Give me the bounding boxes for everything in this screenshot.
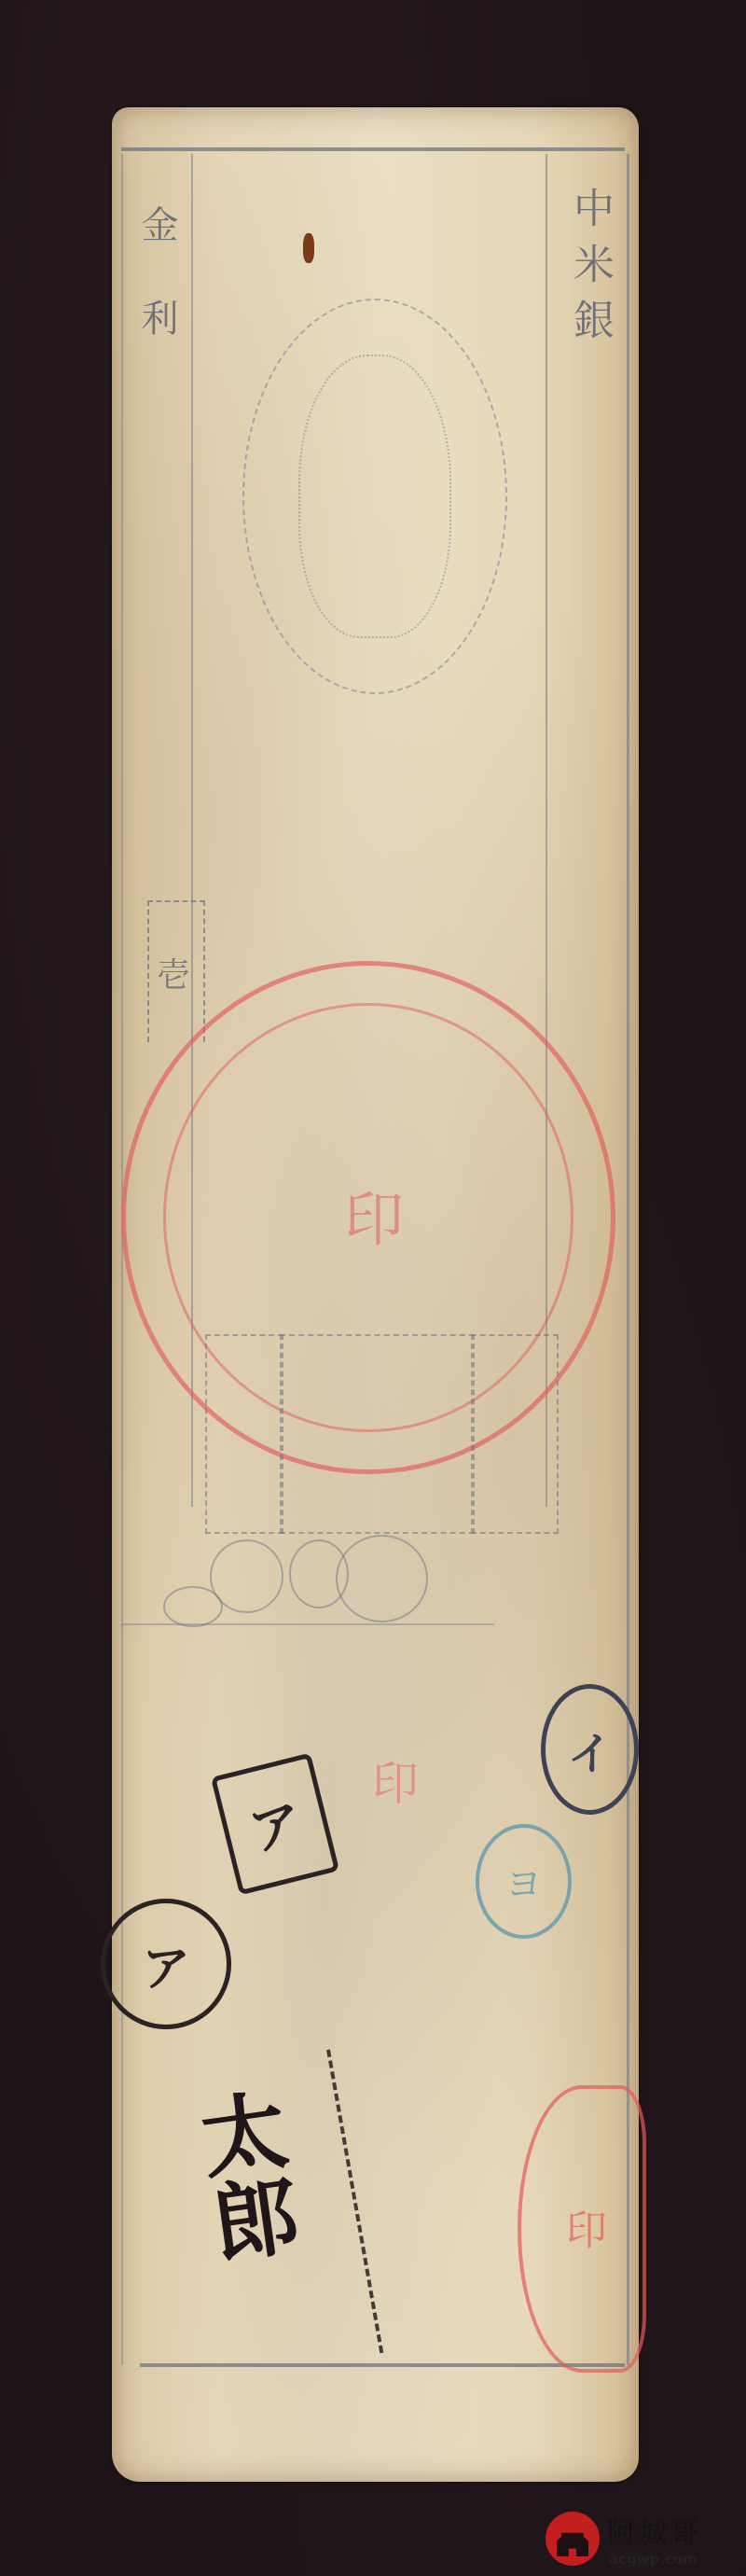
- red-corner-seal: 印: [518, 2085, 646, 2373]
- grid-cell: [205, 1334, 283, 1534]
- top-border-line: [121, 147, 625, 151]
- deity-figure-body: [298, 355, 451, 638]
- red-seal-text: 印: [325, 1188, 411, 1247]
- scallop-ornament: [336, 1535, 428, 1622]
- grid-cell: [280, 1334, 475, 1534]
- gate-logo-icon: [546, 2512, 600, 2566]
- blue-circle-stamp: ヨ: [476, 1824, 572, 1939]
- divider-line: [121, 1623, 494, 1625]
- denomination-label: 壱: [157, 949, 190, 996]
- watermark-url: acgwp.com: [609, 2551, 702, 2568]
- denomination-label-box: 壱: [147, 900, 205, 1042]
- left-column-text: 金利: [131, 205, 184, 392]
- city-gate-icon: [557, 2530, 588, 2556]
- left-outer-rule: [121, 154, 123, 2365]
- red-seal-small: 印: [317, 1642, 466, 1922]
- right-outer-rule: [627, 154, 629, 2365]
- grid-cell: [471, 1334, 559, 1534]
- navy-circle-stamp: イ: [541, 1684, 639, 1815]
- black-circle-stamp: ア: [101, 1899, 231, 2029]
- watermark-name: 阿城哥: [607, 2510, 702, 2551]
- watermark: 阿城哥 acgwp.com: [546, 2510, 702, 2568]
- right-column-text: 中米銀: [559, 187, 619, 355]
- ink-signature: 太郎: [189, 2084, 298, 2266]
- rust-stain: [303, 233, 314, 263]
- scallop-ornament: [163, 1586, 223, 1627]
